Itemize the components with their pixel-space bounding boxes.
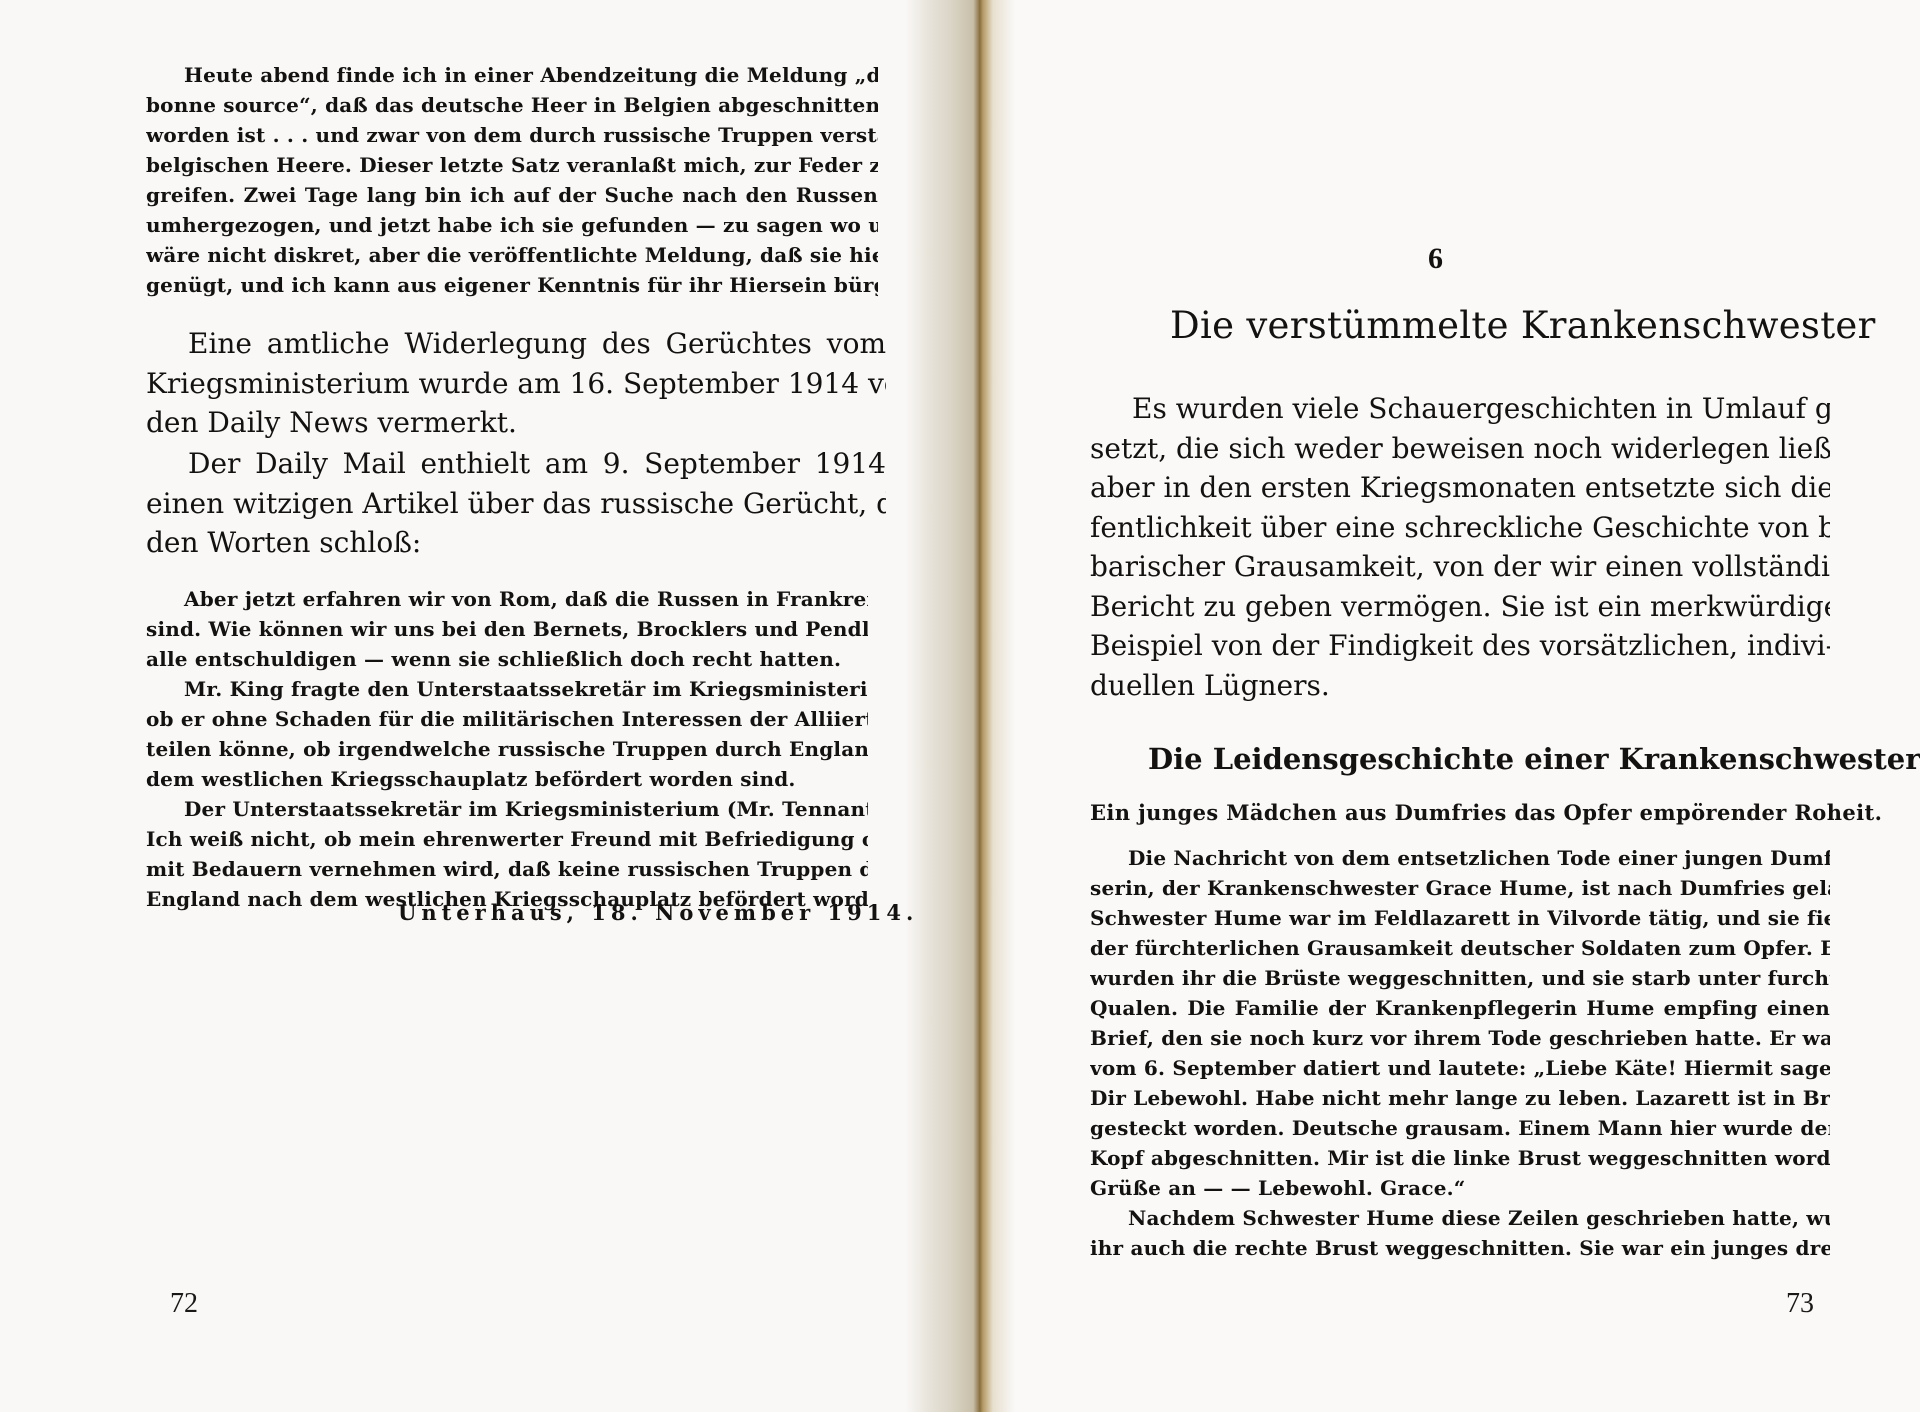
text-line: Der Unterstaatssekretär im Kriegsministe… — [146, 794, 868, 824]
text-line: worden ist . . . und zwar von dem durch … — [146, 120, 878, 150]
text-line: Kopf abgeschnitten. Mir ist die linke Br… — [1090, 1143, 1830, 1173]
text-line: alle entschuldigen — wenn sie schließlic… — [146, 644, 868, 674]
text-line: wurden ihr die Brüste weggeschnitten, un… — [1090, 963, 1830, 993]
text-line: bonne source“, daß das deutsche Heer in … — [146, 90, 878, 120]
chapter-number: 6 — [1428, 242, 1443, 276]
left-intro-paragraph: Heute abend finde ich in einer Abendzeit… — [146, 60, 878, 300]
text-line: Qualen. Die Familie der Krankenpflegerin… — [1090, 993, 1830, 1023]
left-quote-paragraph: Aber jetzt erfahren wir von Rom, daß die… — [146, 584, 868, 674]
text-line: Dir Lebewohl. Habe nicht mehr lange zu l… — [1090, 1083, 1830, 1113]
text-line: Kriegsministerium wurde am 16. September… — [146, 364, 886, 404]
book-spine-gutter — [905, 0, 1015, 1412]
text-line: Die Nachricht von dem entsetzlichen Tode… — [1090, 843, 1830, 873]
left-denial-paragraph: Eine amtliche Widerlegung des Gerüchtes … — [146, 324, 886, 443]
text-line: Grüße an — — Lebewohl. Grace.“ — [1090, 1173, 1830, 1203]
text-line: sind. Wie können wir uns bei den Bernets… — [146, 614, 868, 644]
text-line: Heute abend finde ich in einer Abendzeit… — [146, 60, 878, 90]
text-line: Aber jetzt erfahren wir von Rom, daß die… — [146, 584, 868, 614]
section-title: Die Leidensgeschichte einer Krankenschwe… — [1148, 742, 1768, 776]
chapter-title: Die verstümmelte Krankenschwester — [1170, 304, 1760, 348]
text-line: duellen Lügners. — [1090, 666, 1830, 706]
text-line: Mr. King fragte den Unterstaatssekretär … — [146, 674, 868, 704]
right-report-paragraph: Die Nachricht von dem entsetzlichen Tode… — [1090, 843, 1830, 1203]
text-line: Bericht zu geben vermögen. Sie ist ein m… — [1090, 587, 1830, 627]
text-line: Es wurden viele Schauergeschichten in Um… — [1090, 389, 1830, 429]
page-number-left: 72 — [170, 1288, 198, 1320]
left-king-question-paragraph: Mr. King fragte den Unterstaatssekretär … — [146, 674, 868, 794]
text-line: fentlichkeit über eine schreckliche Gesc… — [1090, 508, 1830, 548]
text-line: setzt, die sich weder beweisen noch wide… — [1090, 429, 1830, 469]
text-line: Beispiel von der Findigkeit des vorsätzl… — [1090, 626, 1830, 666]
source-signature: Unterhaus, 18. November 1914. — [398, 900, 918, 925]
text-line: gesteckt worden. Deutsche grausam. Einem… — [1090, 1113, 1830, 1143]
section-subtitle: Ein junges Mädchen aus Dumfries das Opfe… — [1090, 800, 1830, 825]
text-line: wäre nicht diskret, aber die veröffentli… — [146, 240, 878, 270]
text-line: Ich weiß nicht, ob mein ehrenwerter Freu… — [146, 824, 868, 854]
text-line: aber in den ersten Kriegsmonaten entsetz… — [1090, 468, 1830, 508]
text-line: Der Daily Mail enthielt am 9. September … — [146, 444, 886, 484]
text-line: einen witzigen Artikel über das russisch… — [146, 484, 886, 524]
page-number-right: 73 — [1786, 1288, 1814, 1320]
text-line: teilen könne, ob irgendwelche russische … — [146, 734, 868, 764]
text-line: vom 6. September datiert und lautete: „L… — [1090, 1053, 1830, 1083]
right-final-paragraph: Nachdem Schwester Hume diese Zeilen gesc… — [1090, 1203, 1830, 1263]
text-line: umhergezogen, und jetzt habe ich sie gef… — [146, 210, 878, 240]
text-line: serin, der Krankenschwester Grace Hume, … — [1090, 873, 1830, 903]
text-line: Schwester Hume war im Feldlazarett in Vi… — [1090, 903, 1830, 933]
right-intro-paragraph: Es wurden viele Schauergeschichten in Um… — [1090, 389, 1830, 705]
text-line: barischer Grausamkeit, von der wir einen… — [1090, 547, 1830, 587]
text-line: belgischen Heere. Dieser letzte Satz ver… — [146, 150, 878, 180]
text-line: greifen. Zwei Tage lang bin ich auf der … — [146, 180, 878, 210]
text-line: den Daily News vermerkt. — [146, 403, 886, 443]
text-line: der fürchterlichen Grausamkeit deutscher… — [1090, 933, 1830, 963]
left-daily-mail-paragraph: Der Daily Mail enthielt am 9. September … — [146, 444, 886, 563]
text-line: mit Bedauern vernehmen wird, daß keine r… — [146, 854, 868, 884]
text-line: genügt, und ich kann aus eigener Kenntni… — [146, 270, 878, 300]
text-line: ihr auch die rechte Brust weggeschnitten… — [1090, 1233, 1830, 1263]
text-line: den Worten schloß: — [146, 523, 886, 563]
text-line: Nachdem Schwester Hume diese Zeilen gesc… — [1090, 1203, 1830, 1233]
text-line: dem westlichen Kriegsschauplatz beförder… — [146, 764, 868, 794]
text-line: Eine amtliche Widerlegung des Gerüchtes … — [146, 324, 886, 364]
text-line: ob er ohne Schaden für die militärischen… — [146, 704, 868, 734]
text-line: Brief, den sie noch kurz vor ihrem Tode … — [1090, 1023, 1830, 1053]
left-tennant-answer-paragraph: Der Unterstaatssekretär im Kriegsministe… — [146, 794, 868, 914]
